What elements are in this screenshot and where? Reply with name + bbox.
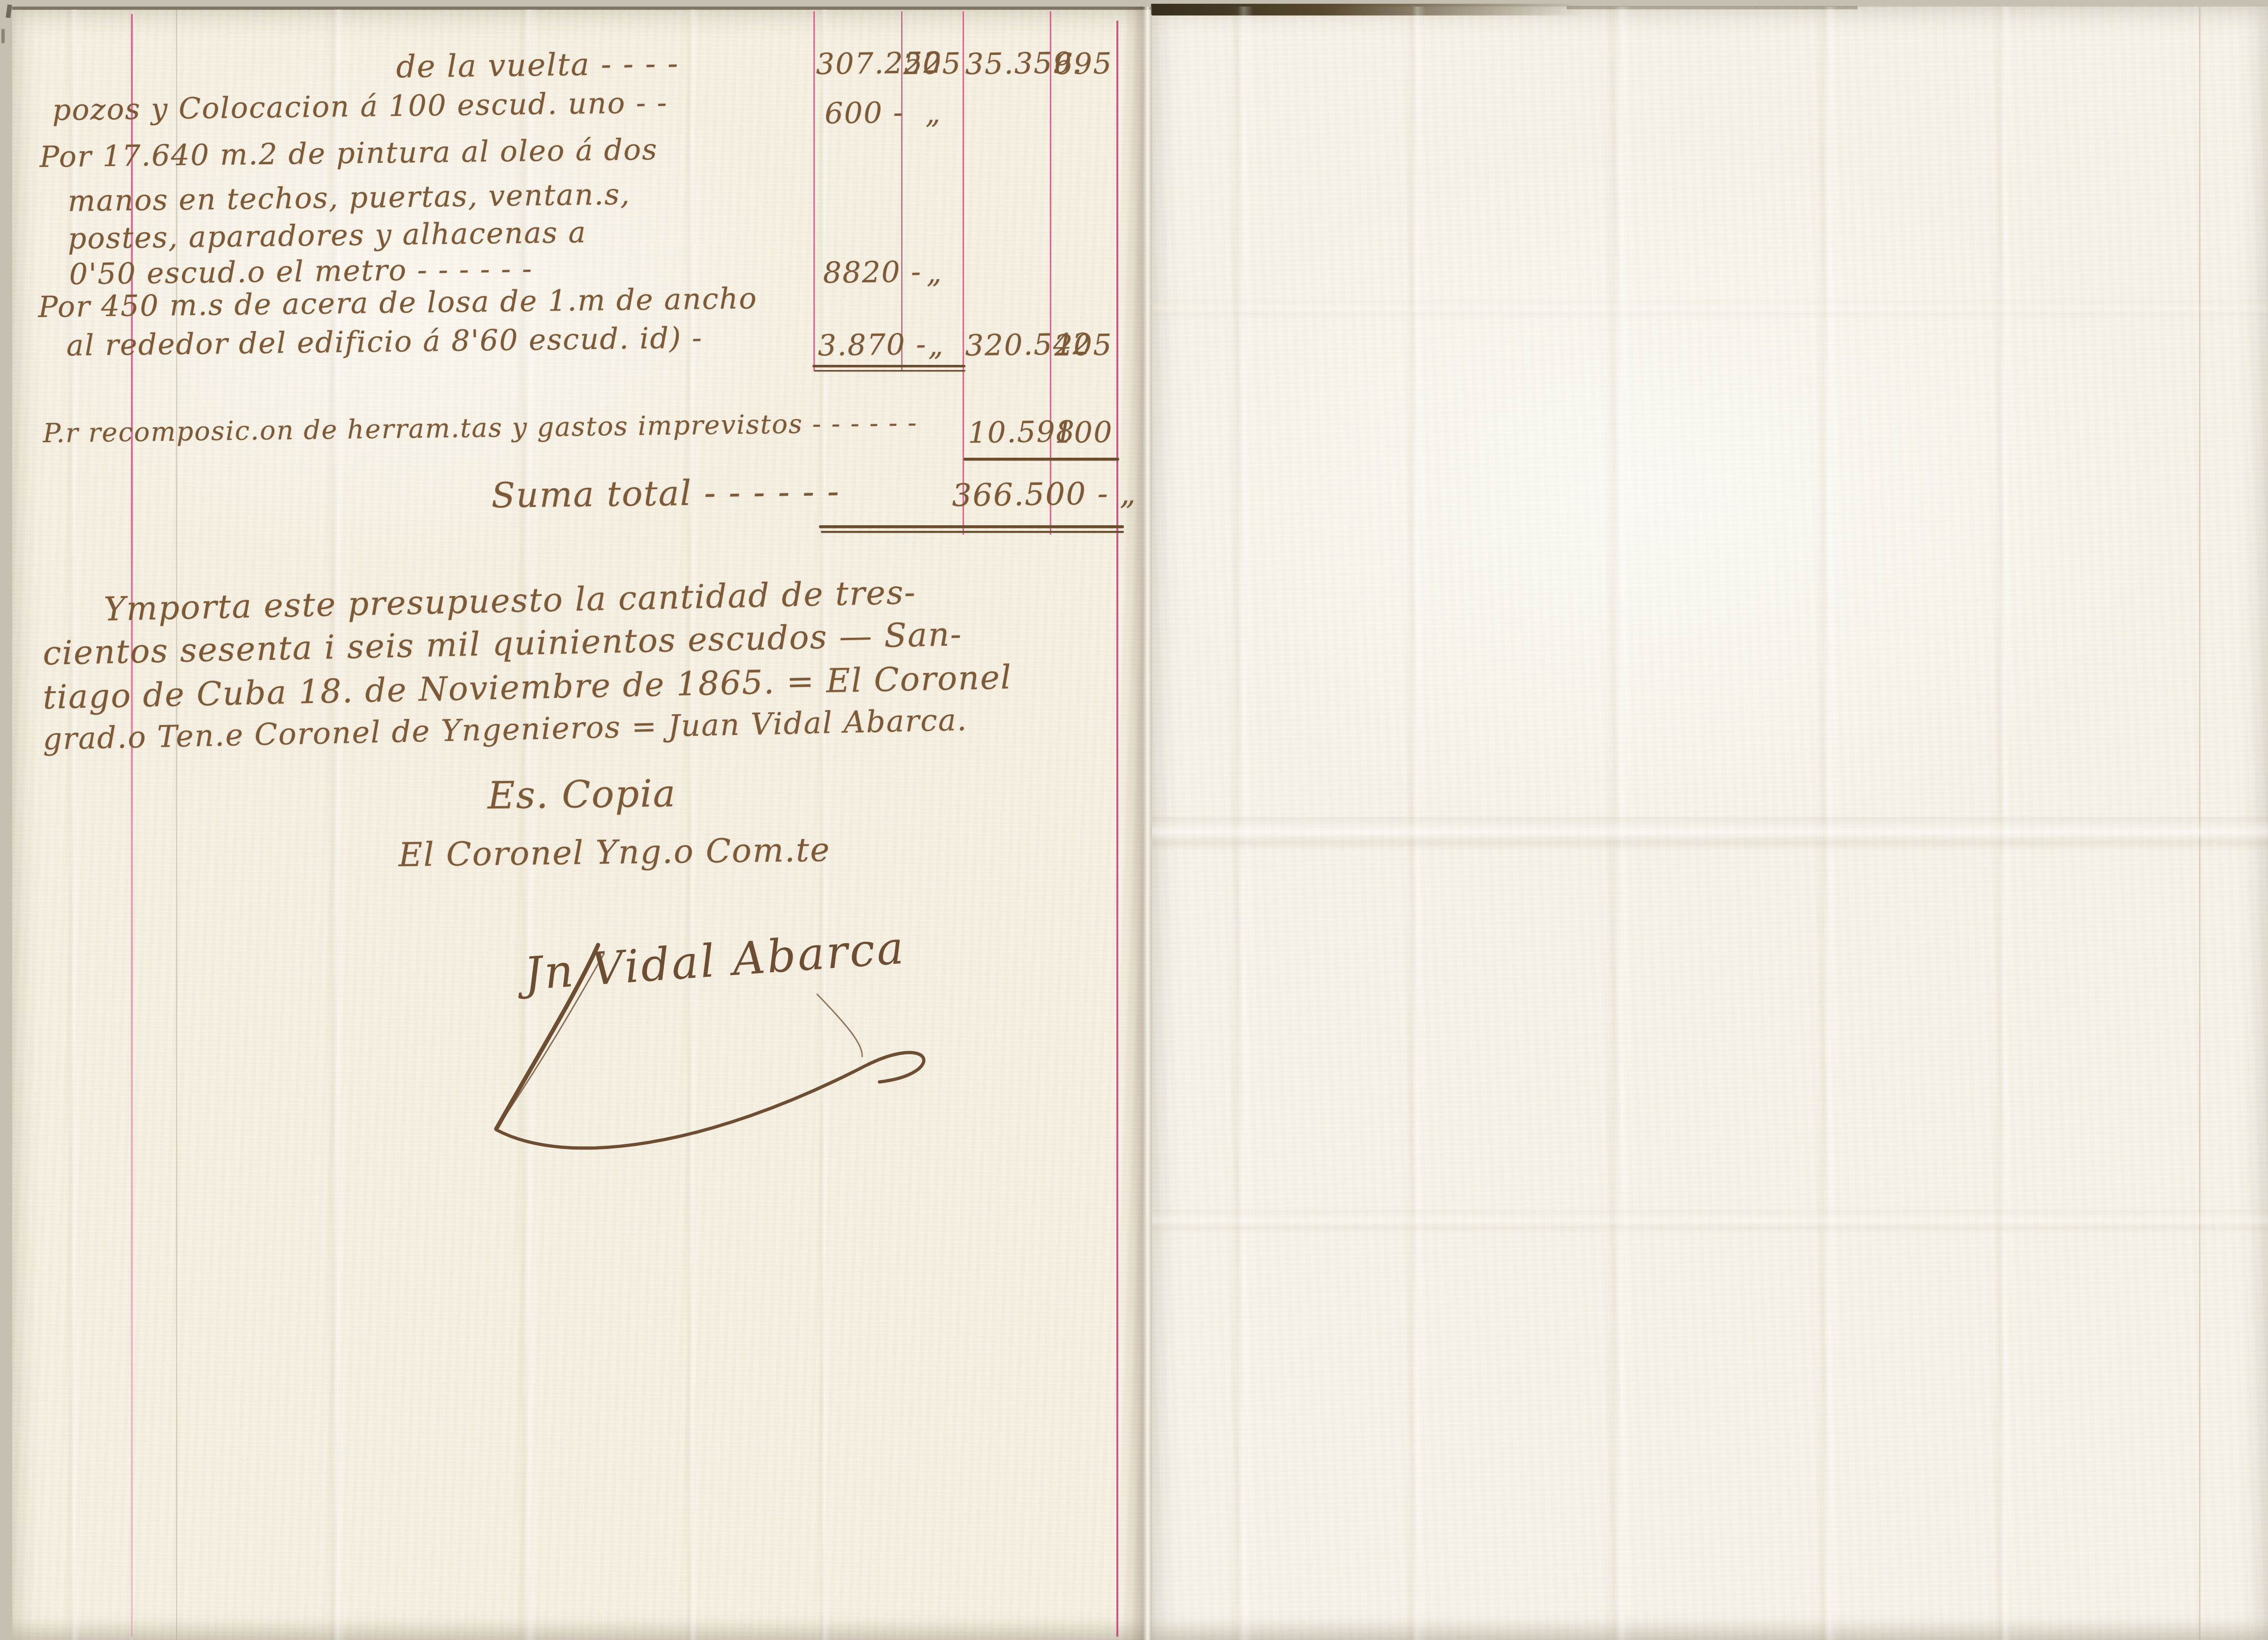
suma-total-value: 366.500 - „	[952, 475, 1137, 514]
suma-double-rule-bottom	[821, 531, 1124, 533]
column-rule-4	[1050, 11, 1051, 535]
paper-crease	[817, 9, 829, 1640]
paper-crease-horizontal	[1152, 300, 2268, 319]
signature-flourish-tail	[817, 994, 862, 1057]
amount-escudos-cell: 307.252	[816, 46, 901, 81]
total-escudos-cell: 10.598	[968, 415, 1049, 450]
amount-milesimas-cell: „	[905, 96, 962, 130]
paper-crease	[684, 9, 698, 1640]
signer-title: El Coronel Yng.o Com.te	[398, 831, 831, 874]
amount-escudos-cell: 3.870 -	[818, 327, 907, 363]
amount-milesimas-cell: „	[910, 328, 962, 363]
paper-crease-horizontal	[1152, 1210, 2268, 1233]
ledger-row-label: manos en techos, puertas, ventan.s,	[68, 177, 630, 218]
total-milesimas-cell: 695	[1051, 46, 1115, 81]
suma-double-rule-top	[819, 525, 1124, 528]
ledger-row-label: de la vuelta - - - -	[396, 45, 679, 85]
total-escudos-cell: 320.542	[965, 327, 1049, 363]
manuscript-scan: de la vuelta - - - - 307.252 205 35.359.…	[0, 0, 2268, 1640]
column-rule-3	[963, 11, 964, 535]
signature-flourish-swoosh	[496, 1052, 924, 1148]
paper-crease-horizontal	[1152, 817, 2268, 851]
signature: Jn Vidal Abarca	[324, 912, 990, 1156]
imprevistos-rule	[963, 458, 1119, 461]
signature-name: Jn Vidal Abarca	[515, 921, 907, 1001]
page-top-edge-dark	[1151, 4, 1583, 15]
subtotal-double-rule-top	[812, 365, 965, 367]
es-copia-heading: Es. Copia	[487, 771, 676, 817]
amount-milesimas-cell: „	[907, 255, 962, 290]
suma-total-label: Suma total - - - - - -	[491, 471, 840, 516]
ledger-row-label: postes, aparadores y alhacenas a	[68, 215, 587, 256]
subtotal-double-rule-bottom	[814, 370, 965, 371]
amount-escudos-cell: 8820 -	[823, 255, 905, 290]
amount-milesimas-cell: 205	[903, 46, 962, 81]
total-milesimas-cell: 205	[1052, 327, 1115, 363]
amount-escudos-cell: 600 -	[824, 95, 904, 130]
under-sheet-mark	[6, 4, 12, 18]
page-top-edge	[12, 7, 1151, 10]
under-sheet-mark	[1, 29, 5, 43]
column-rule-5-full-height	[1116, 21, 1118, 1637]
column-rule-1	[813, 11, 815, 371]
total-escudos-cell: 35.359.	[965, 46, 1049, 81]
center-fold-shadow	[1121, 7, 1152, 1640]
total-milesimas-cell: 100	[1053, 415, 1115, 450]
